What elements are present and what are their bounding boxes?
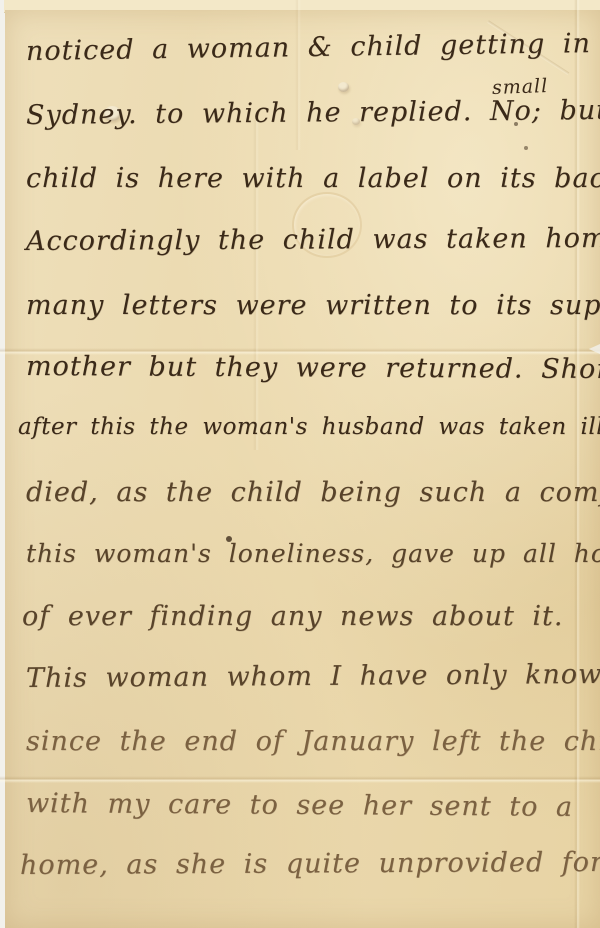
insertion-word: small bbox=[492, 75, 549, 99]
handwriting-line: many letters were written to its suppose… bbox=[26, 290, 600, 321]
handwriting-line: noticed a woman & child getting in at bbox=[26, 27, 600, 67]
handwriting-line: child is here with a label on its back. bbox=[26, 163, 600, 194]
handwriting-line: of ever finding any news about it. bbox=[22, 601, 564, 632]
handwriting-line: after this the woman's husband was taken… bbox=[18, 414, 600, 440]
handwriting-body: noticed a woman & child getting in at Sy… bbox=[0, 0, 600, 928]
handwriting-line: died, as the child being such a comfort … bbox=[26, 477, 600, 508]
handwriting-line: home, as she is quite unprovided for. bbox=[20, 847, 600, 881]
letter-scan: noticed a woman & child getting in at Sy… bbox=[0, 0, 600, 928]
handwriting-line: mother but they were returned. Shortly bbox=[26, 351, 600, 385]
handwriting-line: this woman's loneliness, gave up all hop… bbox=[26, 539, 600, 568]
handwriting-line: with my care to see her sent to a bbox=[26, 788, 573, 823]
handwriting-line: since the end of January left the child bbox=[26, 726, 600, 757]
handwriting-line: Sydney. to which he replied. No; but a bbox=[26, 95, 600, 131]
handwriting-line: This woman whom I have only known bbox=[26, 659, 600, 694]
handwriting-line: Accordingly the child was taken home. & bbox=[26, 223, 600, 257]
